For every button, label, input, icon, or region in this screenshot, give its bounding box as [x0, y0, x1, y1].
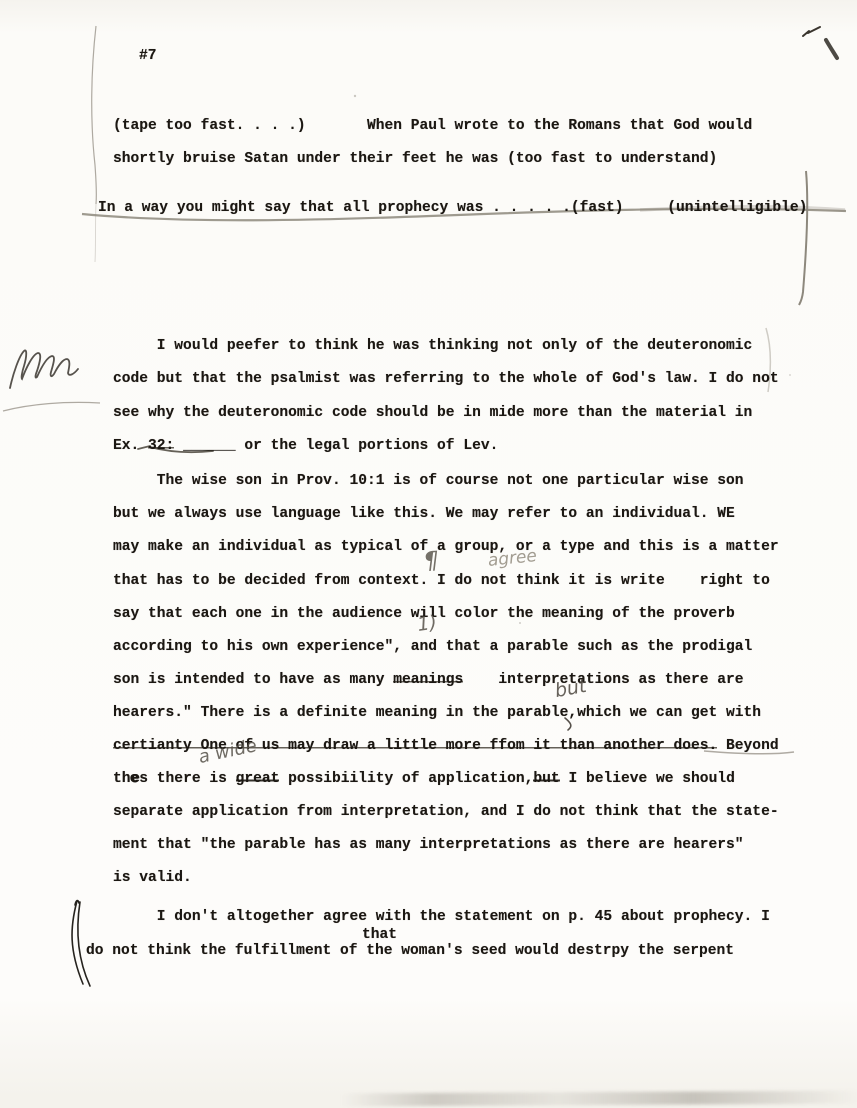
typed-text: may make an individual as typical of a g… [113, 539, 779, 555]
typed-text: that has to be decided from context. I d… [113, 573, 770, 589]
typed-text-line: (tape too fast. . . .) When Paul wrote t… [113, 116, 752, 136]
typed-text: see why the deuteronomic code should be … [113, 405, 752, 421]
typed-text: Ex. [113, 438, 148, 454]
typed-text: #7 [139, 48, 157, 64]
typed-text-line: shortly bruise Satan under their feet he… [113, 149, 717, 169]
typed-text-line: I don't altogether agree with the statem… [113, 907, 770, 927]
typed-text: th [113, 771, 131, 787]
typed-text: I would peefer to think he was thinking … [113, 338, 752, 354]
typed-text-line: Ex. 32: ______ or the legal portions of … [113, 436, 498, 456]
typed-text: hearers." There is a definite meaning in… [113, 705, 761, 721]
typed-text: Beyond [717, 738, 778, 754]
typed-text: I believe we should [560, 771, 735, 787]
typed-text: I don't altogether agree with the statem… [113, 909, 770, 925]
typed-text: possibiility of application [279, 771, 524, 787]
typed-text: is valid. [113, 870, 192, 886]
typed-text: but we always use language like this. We… [113, 506, 735, 522]
typed-text-line: ment that "the parable has as many inter… [113, 835, 744, 855]
struck-text: but [533, 771, 559, 787]
typed-text: do not think the fulfillment of the woma… [86, 943, 734, 959]
typed-text: son is intended to have as many [113, 672, 393, 688]
typed-text: ment that "the parable has as many inter… [113, 837, 744, 853]
typed-text-line: hearers." There is a definite meaning in… [113, 703, 761, 723]
scanned-typescript-page: #7(tape too fast. . . .) When Paul wrote… [0, 0, 857, 1108]
typed-text: interpretations as there are [463, 672, 743, 688]
typed-text: separate application from interpretation… [113, 804, 779, 820]
typed-text-line: son is intended to have as many meanings… [113, 670, 744, 690]
typed-text: code but that the psalmist was referring… [113, 371, 779, 387]
struck-text: 32: [148, 438, 174, 454]
typed-text-line: see why the deuteronomic code should be … [113, 403, 752, 423]
pilcrow-mark: ¶ [423, 546, 440, 575]
typed-text-line: is valid. [113, 868, 192, 888]
typed-text-line: The wise son in Prov. 10:1 is of course … [113, 471, 744, 491]
typed-text: (tape too fast. . . .) When Paul wrote t… [113, 118, 752, 134]
typed-text-line: do not think the fulfillment of the woma… [86, 941, 734, 961]
struck-text: meanings [393, 672, 463, 688]
typed-text: shortly bruise Satan under their feet he… [113, 151, 717, 167]
typed-text-line: according to his own experience", and th… [113, 637, 752, 657]
typed-text-line: #7 [139, 46, 157, 66]
typed-text: ______ or the legal portions of Lev. [174, 438, 498, 454]
typed-text-line: I would peefer to think he was thinking … [113, 336, 752, 356]
typed-text-line: thes there is great possibiility of appl… [113, 769, 735, 789]
typed-text: The wise son in Prov. 10:1 is of course … [113, 473, 744, 489]
struck-text: great [236, 771, 280, 787]
typed-text-line: that has to be decided from context. I d… [113, 571, 770, 591]
typed-text: s there is [139, 771, 235, 787]
typed-text-line: separate application from interpretation… [113, 802, 779, 822]
typed-text-line: In a way you might say that all prophecy… [98, 198, 807, 218]
typed-text-line: code but that the psalmist was referring… [113, 369, 779, 389]
typed-text-line: but we always use language like this. We… [113, 504, 735, 524]
typed-text: In a way you might say that all prophecy… [98, 200, 807, 216]
typed-text-line: may make an individual as typical of a g… [113, 537, 779, 557]
insertion-mark: 1) [416, 611, 438, 636]
typed-text: according to his own experience", and th… [113, 639, 752, 655]
struck-text: e [131, 771, 140, 787]
bottom-scan-smudge [340, 1091, 857, 1107]
